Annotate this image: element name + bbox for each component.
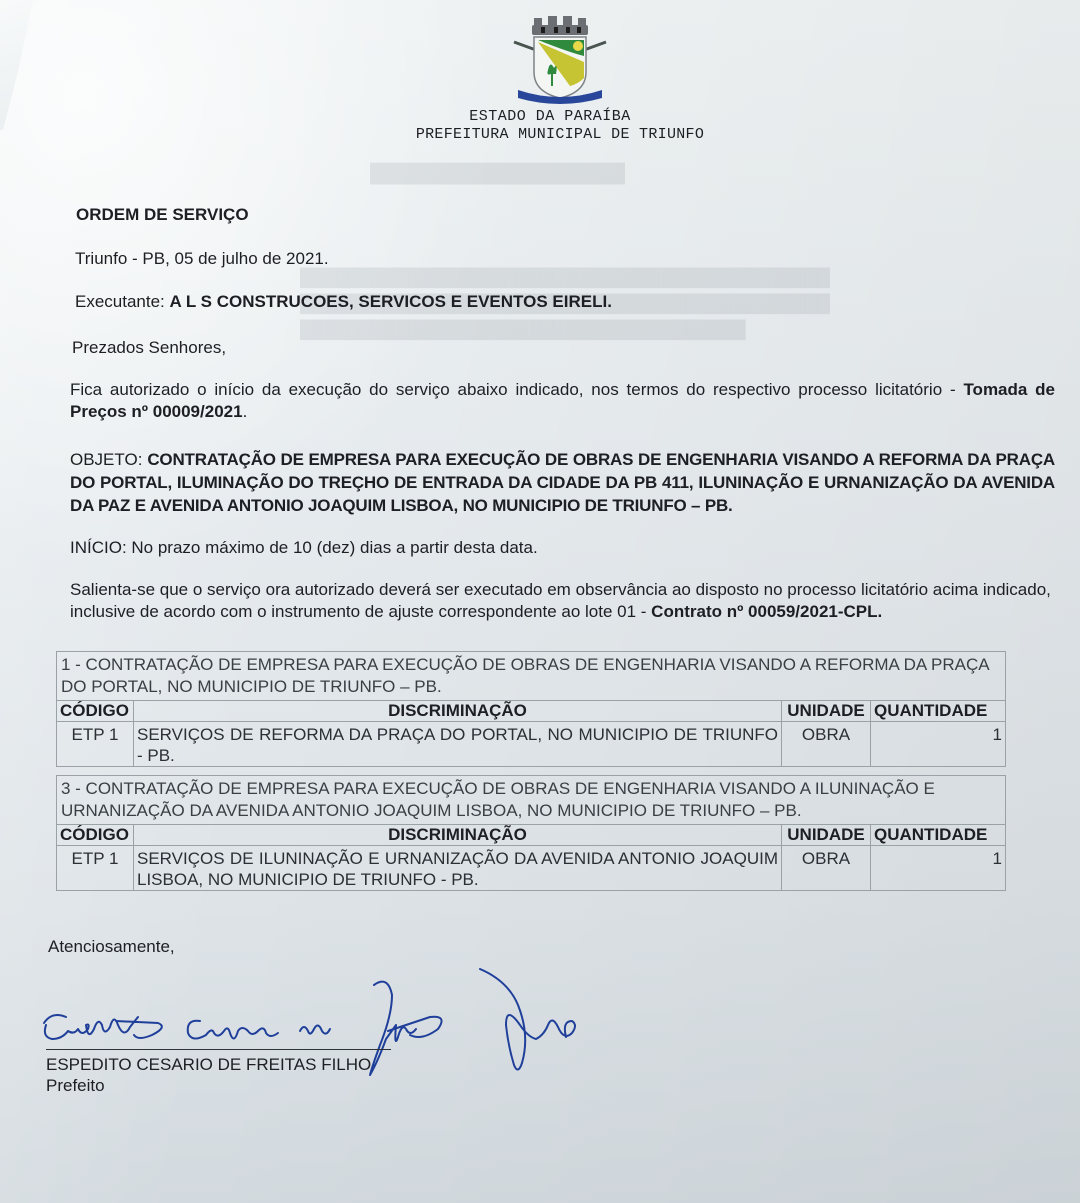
start-paragraph: INÍCIO: No prazo máximo de 10 (dez) dias… [70,537,1055,559]
column-header-code: CÓDIGO [57,701,134,722]
authorization-text: Fica autorizado o início da execução do … [70,380,963,399]
signer-name: ESPEDITO CESARIO DE FREITAS FILHO [46,1055,371,1075]
table-row: ETP 1 SERVIÇOS DE REFORMA DA PRAÇA DO PO… [57,722,1006,767]
object-paragraph: OBJETO: CONTRATAÇÃO DE EMPRESA PARA EXEC… [70,448,1055,517]
column-header-description: DISCRIMINAÇÃO [134,825,782,846]
executor-name: A L S CONSTRUCOES, SERVICOS E EVENTOS EI… [170,292,612,311]
note-paragraph: Salienta-se que o serviço ora autorizado… [70,579,1055,623]
contract-reference: Contrato nº 00059/2021-CPL. [651,602,882,621]
column-header-unit: UNIDADE [782,825,871,846]
item-code: ETP 1 [57,846,134,891]
executor: Executante: A L S CONSTRUCOES, SERVICOS … [75,292,612,312]
column-header-quantity: QUANTIDADE [871,701,1006,722]
state-name: ESTADO DA PARAÍBA [0,108,1080,125]
column-header-quantity: QUANTIDADE [871,825,1006,846]
item-unit: OBRA [782,722,871,767]
authorization-end: . [243,402,248,421]
item-description: SERVIÇOS DE REFORMA DA PRAÇA DO PORTAL, … [134,722,782,767]
closing-salutation: Atenciosamente, [48,937,175,957]
show-through-heading: ████████████████████ [370,160,625,186]
coat-of-arms-icon [508,12,612,107]
lot-table: 1 - CONTRATAÇÃO DE EMPRESA PARA EXECUÇÃO… [56,651,1006,767]
signature-icon [38,965,598,1105]
lot-heading: 3 - CONTRATAÇÃO DE EMPRESA PARA EXECUÇÃO… [57,776,1006,825]
lot-heading: 1 - CONTRATAÇÃO DE EMPRESA PARA EXECUÇÃO… [57,652,1006,701]
executor-label: Executante: [75,292,170,311]
item-description: SERVIÇOS DE ILUNINAÇÃO E URNANIZAÇÃO DA … [134,846,782,891]
place-date: Triunfo - PB, 05 de julho de 2021. [75,249,329,269]
column-header-code: CÓDIGO [57,825,134,846]
signature-line [46,1049,391,1050]
authorization-paragraph: Fica autorizado o início da execução do … [70,379,1055,423]
document-title: ORDEM DE SERVIÇO [76,205,249,225]
column-header-unit: UNIDADE [782,701,871,722]
table-row: ETP 1 SERVIÇOS DE ILUNINAÇÃO E URNANIZAÇ… [57,846,1006,891]
item-quantity: 1 [871,846,1006,891]
municipality-name: PREFEITURA MUNICIPAL DE TRIUNFO [0,126,1080,143]
item-quantity: 1 [871,722,1006,767]
object-text: CONTRATAÇÃO DE EMPRESA PARA EXECUÇÃO DE … [70,450,1055,515]
item-unit: OBRA [782,846,871,891]
greeting: Prezados Senhores, [72,338,226,358]
object-label: OBJETO: [70,450,147,469]
note-text: Salienta-se que o serviço ora autorizado… [70,580,1051,621]
item-code: ETP 1 [57,722,134,767]
lot-table: 3 - CONTRATAÇÃO DE EMPRESA PARA EXECUÇÃO… [56,775,1006,891]
signer-role: Prefeito [46,1076,105,1096]
column-header-description: DISCRIMINAÇÃO [134,701,782,722]
